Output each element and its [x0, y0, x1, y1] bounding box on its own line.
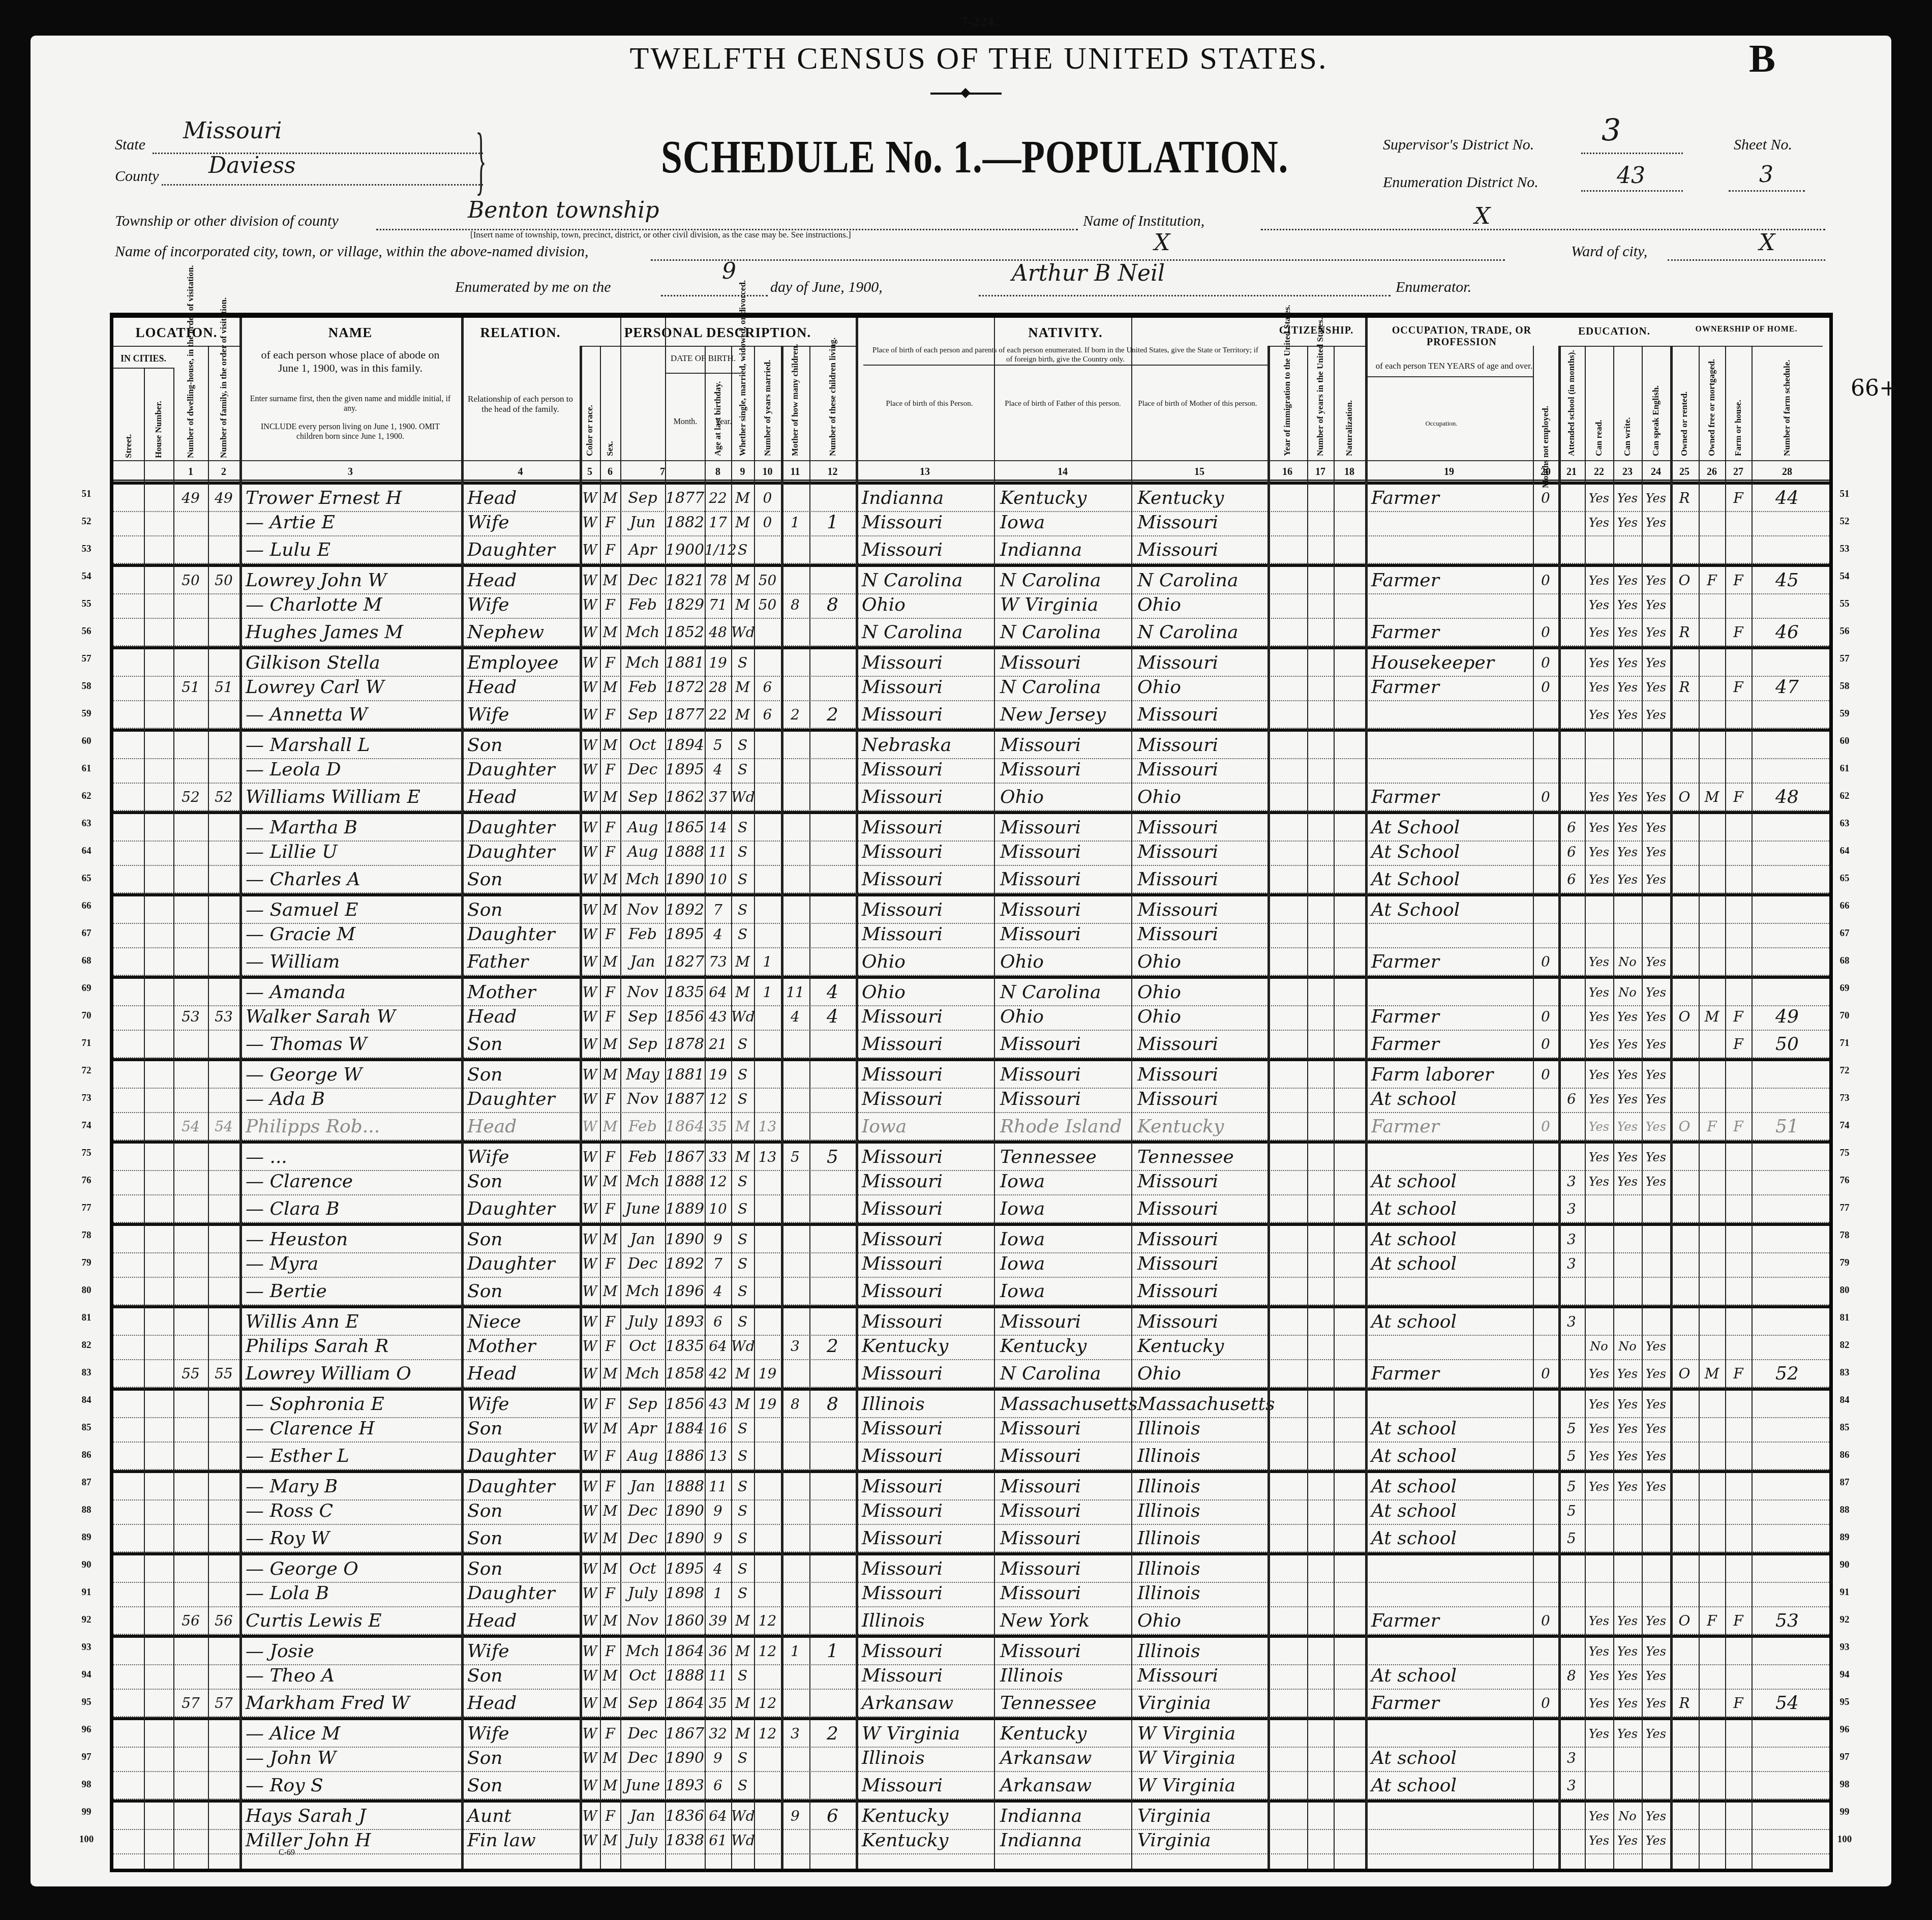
cell-month: Dec [620, 569, 665, 592]
cell-sex: M [600, 1033, 620, 1056]
cell-age: 37 [705, 786, 731, 809]
cell-ym: 6 [754, 703, 781, 727]
cell-mar: S [731, 1499, 754, 1523]
line-number-left: 57 [71, 653, 102, 665]
cell-rel: Son [467, 1499, 578, 1523]
cell-bm: Ohio [1137, 676, 1265, 699]
cell-age: 12 [705, 1088, 731, 1111]
cell-ym: 12 [754, 1722, 781, 1746]
cell-write: Yes [1613, 786, 1642, 809]
cell-bp: N Carolina [862, 621, 992, 644]
table-row: — George WSonWMMay188119SMissouriMissour… [113, 1058, 1829, 1089]
cell-month: Sep [620, 1692, 665, 1715]
cell-year: 1862 [665, 786, 705, 809]
line-number-right: 53 [1829, 544, 1860, 555]
header-nativity-desc: Place of birth of each person and parent… [871, 346, 1260, 364]
line-number-right: 85 [1829, 1422, 1860, 1433]
cell-farm: F [1725, 1115, 1752, 1138]
cell-bm: Missouri [1137, 898, 1265, 922]
cell-occ: Farmer [1371, 569, 1531, 592]
line-number-left: 72 [71, 1065, 102, 1076]
cell-bp: Kentucky [862, 1829, 992, 1852]
header-mother-of: Mother of how many children. [790, 349, 800, 456]
cell-liv: 6 [809, 1805, 856, 1828]
header-sex: Sex. [605, 349, 615, 456]
cell-name: — Sophronia E [246, 1393, 459, 1416]
cell-read: Yes [1585, 569, 1613, 592]
line-number-left: 63 [71, 818, 102, 829]
table-row: — Esther LDaughterWFAug188613SMissouriMi… [113, 1443, 1829, 1470]
cell-own: O [1670, 1609, 1699, 1633]
cell-bf: Kentucky [1000, 1335, 1129, 1358]
divider [863, 365, 1267, 366]
cell-fam: 54 [208, 1115, 239, 1138]
header-name-desc: of each person whose place of abode on J… [250, 348, 451, 375]
cell-rel: Wife [467, 1640, 578, 1663]
cell-occ: At school [1371, 1252, 1531, 1276]
cell-month: Mch [620, 868, 665, 891]
cell-age: 11 [705, 1664, 731, 1688]
cell-year: 1893 [665, 1310, 705, 1334]
line-number-right: 72 [1829, 1065, 1860, 1076]
cell-year: 1890 [665, 1747, 705, 1770]
cell-color: W [580, 1417, 600, 1441]
cell-liv: 2 [809, 1722, 856, 1746]
cell-month: Mch [620, 651, 665, 675]
cell-age: 4 [705, 923, 731, 946]
cell-own: R [1670, 676, 1699, 699]
header-farm-house: Farm or house. [1733, 349, 1743, 456]
cell-sex: F [600, 593, 620, 617]
cell-name: — Esther L [246, 1445, 459, 1468]
cell-mar: M [731, 703, 754, 727]
cell-mar: S [731, 1445, 754, 1468]
cell-write: Yes [1613, 487, 1642, 510]
column-number: 10 [754, 466, 781, 478]
line-number-right: 58 [1829, 681, 1860, 692]
cell-moth: 4 [781, 1005, 809, 1029]
cell-color: W [580, 1664, 600, 1688]
cell-fsch: 53 [1752, 1609, 1823, 1633]
cell-read: Yes [1585, 1475, 1613, 1498]
line-number-left: 53 [71, 544, 102, 555]
cell-sch: 5 [1558, 1417, 1585, 1441]
cell-color: W [580, 1033, 600, 1056]
cell-mort: M [1699, 1005, 1725, 1029]
cell-color: W [580, 703, 600, 727]
cell-age: 4 [705, 1557, 731, 1581]
cell-age: 64 [705, 1335, 731, 1358]
cell-sex: F [600, 1640, 620, 1663]
cell-bf: Missouri [1000, 1640, 1129, 1663]
cell-age: 43 [705, 1005, 731, 1029]
column-divider [1725, 346, 1726, 1869]
line-number-right: 75 [1829, 1148, 1860, 1159]
cell-bm: Missouri [1137, 868, 1265, 891]
cell-eng: Yes [1642, 1829, 1670, 1852]
cell-bm: Missouri [1137, 1170, 1265, 1193]
line-number-left: 87 [71, 1477, 102, 1488]
cell-month: July [620, 1829, 665, 1852]
line-number-left: 89 [71, 1532, 102, 1543]
column-divider [1267, 346, 1270, 1869]
cell-read: Yes [1585, 1417, 1613, 1441]
line-number-left: 61 [71, 763, 102, 774]
cell-rel: Daughter [467, 1197, 578, 1221]
cell-dw: 56 [173, 1609, 208, 1633]
line-number-right: 88 [1829, 1505, 1860, 1516]
table-row: Miller John HFin lawWMJuly183861WdKentuc… [113, 1827, 1829, 1854]
line-number-left: 100 [71, 1834, 102, 1845]
cell-occ: Farmer [1371, 786, 1531, 809]
cell-sex: F [600, 1393, 620, 1416]
column-divider [994, 318, 995, 1869]
cell-eng: Yes [1642, 1170, 1670, 1193]
cell-ym: 13 [754, 1115, 781, 1138]
cell-name: Lowrey William O [246, 1362, 459, 1386]
cell-rel: Son [467, 898, 578, 922]
column-divider [809, 346, 810, 1869]
cell-bp: Missouri [862, 1557, 992, 1581]
cell-mar: M [731, 1640, 754, 1663]
cell-rel: Daughter [467, 538, 578, 562]
cell-bf: Missouri [1000, 1582, 1129, 1605]
cell-age: 64 [705, 1805, 731, 1828]
cell-eng: Yes [1642, 1335, 1670, 1358]
header-month: Month. [665, 417, 706, 427]
cell-name: — George O [246, 1557, 459, 1581]
cell-color: W [580, 1747, 600, 1770]
cell-eng: Yes [1642, 981, 1670, 1004]
cell-bm: Missouri [1137, 734, 1265, 757]
column-divider [705, 346, 706, 1869]
cell-rel: Son [467, 1033, 578, 1056]
column-divider [1365, 318, 1368, 1869]
cell-bm: Ohio [1137, 1609, 1265, 1633]
cell-month: Nov [620, 898, 665, 922]
line-number-left: 77 [71, 1203, 102, 1214]
column-number: 11 [781, 466, 809, 478]
cell-dw: 53 [173, 1005, 208, 1029]
ward-value: X [1759, 230, 1775, 256]
cell-eng: Yes [1642, 868, 1670, 891]
cell-bf: Ohio [1000, 1005, 1129, 1029]
cell-bm: Illinois [1137, 1445, 1265, 1468]
cell-age: 11 [705, 841, 731, 864]
line-number-left: 62 [71, 791, 102, 802]
cell-read: Yes [1585, 950, 1613, 974]
cell-year: 1892 [665, 1252, 705, 1276]
cell-bf: Missouri [1000, 651, 1129, 675]
line-number-right: 91 [1829, 1587, 1860, 1598]
line-number-left: 65 [71, 873, 102, 884]
cell-write: Yes [1613, 1063, 1642, 1087]
cell-moth: 8 [781, 593, 809, 617]
cell-eng: Yes [1642, 786, 1670, 809]
line-number-right: 67 [1829, 928, 1860, 939]
column-number: 7 [620, 466, 705, 478]
table-row: — Roy SSonWMJune18936SMissouriArkansawW … [113, 1772, 1829, 1799]
cell-occ: Farmer [1371, 676, 1531, 699]
cell-sex: F [600, 511, 620, 534]
table-row: Philips Sarah RMotherWFOct183564Wd32Kent… [113, 1333, 1829, 1360]
line-number-left: 52 [71, 516, 102, 527]
cell-rel: Wife [467, 703, 578, 727]
cell-month: Mch [620, 1362, 665, 1386]
cell-occ: Farmer [1371, 1362, 1531, 1386]
line-number-left: 84 [71, 1395, 102, 1406]
cell-bm: N Carolina [1137, 621, 1265, 644]
cell-sch: 5 [1558, 1499, 1585, 1523]
section-letter: B [1749, 36, 1775, 81]
supervisor-field-line [1581, 153, 1683, 154]
cell-farm: F [1725, 569, 1752, 592]
column-divider [665, 318, 666, 1869]
cell-sex: M [600, 1664, 620, 1688]
cell-unemp: 0 [1533, 1033, 1558, 1056]
cell-fsch: 51 [1752, 1115, 1823, 1138]
table-row: Willis Ann ENieceWFJuly18936SMissouriMis… [113, 1305, 1829, 1336]
cell-name: — William [246, 950, 459, 974]
cell-bp: Missouri [862, 1499, 992, 1523]
cell-moth: 9 [781, 1805, 809, 1828]
cell-sch: 3 [1558, 1310, 1585, 1334]
cell-unemp: 0 [1533, 1115, 1558, 1138]
enumeration-district-value: 43 [1617, 163, 1645, 189]
cell-eng: Yes [1642, 816, 1670, 839]
cell-age: 78 [705, 569, 731, 592]
column-divider [173, 368, 174, 1869]
cell-eng: Yes [1642, 676, 1670, 699]
cell-bf: Missouri [1000, 1445, 1129, 1468]
cell-liv: 1 [809, 1640, 856, 1663]
cell-mar: S [731, 1557, 754, 1581]
cell-eng: Yes [1642, 569, 1670, 592]
line-number-right: 66 [1829, 901, 1860, 912]
cell-write: No [1613, 950, 1642, 974]
cell-year: 1896 [665, 1280, 705, 1303]
cell-year: 1894 [665, 734, 705, 757]
cell-mar: M [731, 1362, 754, 1386]
cell-dw: 55 [173, 1362, 208, 1386]
cell-rel: Son [467, 1664, 578, 1688]
cell-write: No [1613, 1805, 1642, 1828]
cell-color: W [580, 1527, 600, 1550]
cell-occ: At school [1371, 1664, 1531, 1688]
cell-occ: At School [1371, 868, 1531, 891]
cell-color: W [580, 1393, 600, 1416]
header-relation: RELATION. [461, 325, 580, 341]
cell-sex: F [600, 1475, 620, 1498]
header-can-write: Can write. [1622, 349, 1633, 456]
cell-bf: Iowa [1000, 1252, 1129, 1276]
header-birth-father: Place of birth of Father of this person. [998, 399, 1128, 408]
line-number-right: 71 [1829, 1038, 1860, 1049]
line-number-right: 74 [1829, 1120, 1860, 1131]
cell-moth: 8 [781, 1393, 809, 1416]
cell-bp: Missouri [862, 1417, 992, 1441]
cell-age: 73 [705, 950, 731, 974]
cell-name: — Roy W [246, 1527, 459, 1550]
cell-name: Walker Sarah W [246, 1005, 459, 1029]
cell-mar: M [731, 1393, 754, 1416]
header-date-of-birth: DATE OF BIRTH. [665, 353, 741, 364]
cell-farm: F [1725, 1609, 1752, 1633]
cell-read: Yes [1585, 1362, 1613, 1386]
row-separator [113, 1853, 1829, 1854]
cell-color: W [580, 1692, 600, 1715]
cell-read: Yes [1585, 703, 1613, 727]
cell-write: No [1613, 981, 1642, 1004]
cell-read: Yes [1585, 1063, 1613, 1087]
cell-month: Aug [620, 1445, 665, 1468]
cell-age: 10 [705, 1197, 731, 1221]
cell-bf: Missouri [1000, 1063, 1129, 1087]
cell-own: R [1670, 621, 1699, 644]
cell-name: — Leola D [246, 758, 459, 782]
cell-sex: F [600, 1005, 620, 1029]
cell-bp: W Virginia [862, 1722, 992, 1746]
cell-liv: 8 [809, 593, 856, 617]
cell-write: Yes [1613, 621, 1642, 644]
cell-liv: 2 [809, 703, 856, 727]
cell-dw: 49 [173, 487, 208, 510]
cell-mar: M [731, 1692, 754, 1715]
cell-color: W [580, 734, 600, 757]
cell-year: 1856 [665, 1005, 705, 1029]
cell-read: Yes [1585, 1170, 1613, 1193]
cell-sex: F [600, 1252, 620, 1276]
cell-occ: At school [1371, 1417, 1531, 1441]
cell-fam: 51 [208, 676, 239, 699]
cell-sex: F [600, 1582, 620, 1605]
cell-mar: S [731, 1280, 754, 1303]
cell-color: W [580, 758, 600, 782]
cell-year: 1858 [665, 1362, 705, 1386]
enumerated-day-line [661, 295, 768, 296]
cell-rel: Head [467, 786, 578, 809]
line-number-right: 81 [1829, 1312, 1860, 1324]
cell-rel: Son [467, 1228, 578, 1251]
cell-sex: M [600, 1527, 620, 1550]
cell-sch: 3 [1558, 1170, 1585, 1193]
cell-write: Yes [1613, 1475, 1642, 1498]
column-divider [1752, 346, 1753, 1869]
header-occupation-sub: Occupation. [1370, 419, 1513, 428]
footer-form-code: C-69 [279, 1848, 295, 1857]
cell-read: Yes [1585, 593, 1613, 617]
cell-unemp: 0 [1533, 1362, 1558, 1386]
cell-ym: 12 [754, 1692, 781, 1715]
cell-name: — Myra [246, 1252, 459, 1276]
cell-unemp: 0 [1533, 676, 1558, 699]
cell-month: Jan [620, 1475, 665, 1498]
cell-year: 1892 [665, 898, 705, 922]
line-number-left: 75 [71, 1148, 102, 1159]
cell-mar: S [731, 1310, 754, 1334]
line-number-right: 96 [1829, 1724, 1860, 1735]
cell-bf: N Carolina [1000, 569, 1129, 592]
cell-liv: 5 [809, 1146, 856, 1169]
column-divider [1131, 318, 1132, 1869]
header-farm-schedule: Number of farm schedule. [1782, 349, 1792, 456]
line-number-left: 85 [71, 1422, 102, 1433]
cell-bp: Missouri [862, 1197, 992, 1221]
line-number-left: 74 [71, 1120, 102, 1131]
cell-color: W [580, 1310, 600, 1334]
cell-write: Yes [1613, 1146, 1642, 1169]
cell-color: W [580, 1805, 600, 1828]
cell-bm: Missouri [1137, 1664, 1265, 1688]
cell-bm: Ohio [1137, 981, 1265, 1004]
cell-month: Mch [620, 621, 665, 644]
table-row: — Charlotte MWifeWFFeb182971M5088OhioW V… [113, 591, 1829, 619]
line-number-right: 65 [1829, 873, 1860, 884]
cell-sex: M [600, 1557, 620, 1581]
cell-bm: Virginia [1137, 1805, 1265, 1828]
cell-month: Jan [620, 1228, 665, 1251]
column-number: 23 [1613, 466, 1642, 478]
cell-bf: Tennessee [1000, 1692, 1129, 1715]
cell-occ: Housekeeper [1371, 651, 1531, 675]
cell-write: Yes [1613, 1033, 1642, 1056]
cell-ym: 12 [754, 1609, 781, 1633]
cell-year: 1877 [665, 487, 705, 510]
cell-rel: Fin law [467, 1829, 578, 1852]
cell-write: Yes [1613, 511, 1642, 534]
cell-bp: Ohio [862, 950, 992, 974]
cell-ym: 12 [754, 1640, 781, 1663]
cell-eng: Yes [1642, 703, 1670, 727]
header-bottom-divider [113, 460, 1829, 461]
cell-bf: Missouri [1000, 1527, 1129, 1550]
cell-age: 71 [705, 593, 731, 617]
cell-year: 1895 [665, 923, 705, 946]
cell-age: 28 [705, 676, 731, 699]
cell-write: Yes [1613, 1609, 1642, 1633]
cell-sch: 3 [1558, 1252, 1585, 1276]
cell-age: 9 [705, 1228, 731, 1251]
cell-sex: F [600, 651, 620, 675]
cell-year: 1888 [665, 1475, 705, 1498]
cell-eng: Yes [1642, 621, 1670, 644]
table-row: — Gracie MDaughterWFFeb18954SMissouriMis… [113, 921, 1829, 948]
cell-unemp: 0 [1533, 487, 1558, 510]
cell-rel: Son [467, 1557, 578, 1581]
cell-sex: F [600, 1805, 620, 1828]
cell-occ: At school [1371, 1088, 1531, 1111]
cell-rel: Head [467, 1005, 578, 1029]
column-divider [1670, 346, 1673, 1869]
cell-mar: S [731, 1063, 754, 1087]
cell-sex: F [600, 923, 620, 946]
cell-bm: Missouri [1137, 1088, 1265, 1111]
header-age: Age at last birthday. [713, 349, 723, 456]
cell-eng: Yes [1642, 1640, 1670, 1663]
cell-color: W [580, 950, 600, 974]
line-number-right: 82 [1829, 1340, 1860, 1351]
cell-eng: Yes [1642, 1088, 1670, 1111]
table-row: — MyraDaughterWFDec18927SMissouriIowaMis… [113, 1250, 1829, 1278]
cell-bp: Illinois [862, 1393, 992, 1416]
cell-read: Yes [1585, 1115, 1613, 1138]
cell-occ: At school [1371, 1197, 1531, 1221]
column-divider [731, 346, 732, 1869]
left-brace: } [475, 122, 487, 198]
cell-name: Hughes James M [246, 621, 459, 644]
cell-eng: Yes [1642, 593, 1670, 617]
cell-bp: Nebraska [862, 734, 992, 757]
